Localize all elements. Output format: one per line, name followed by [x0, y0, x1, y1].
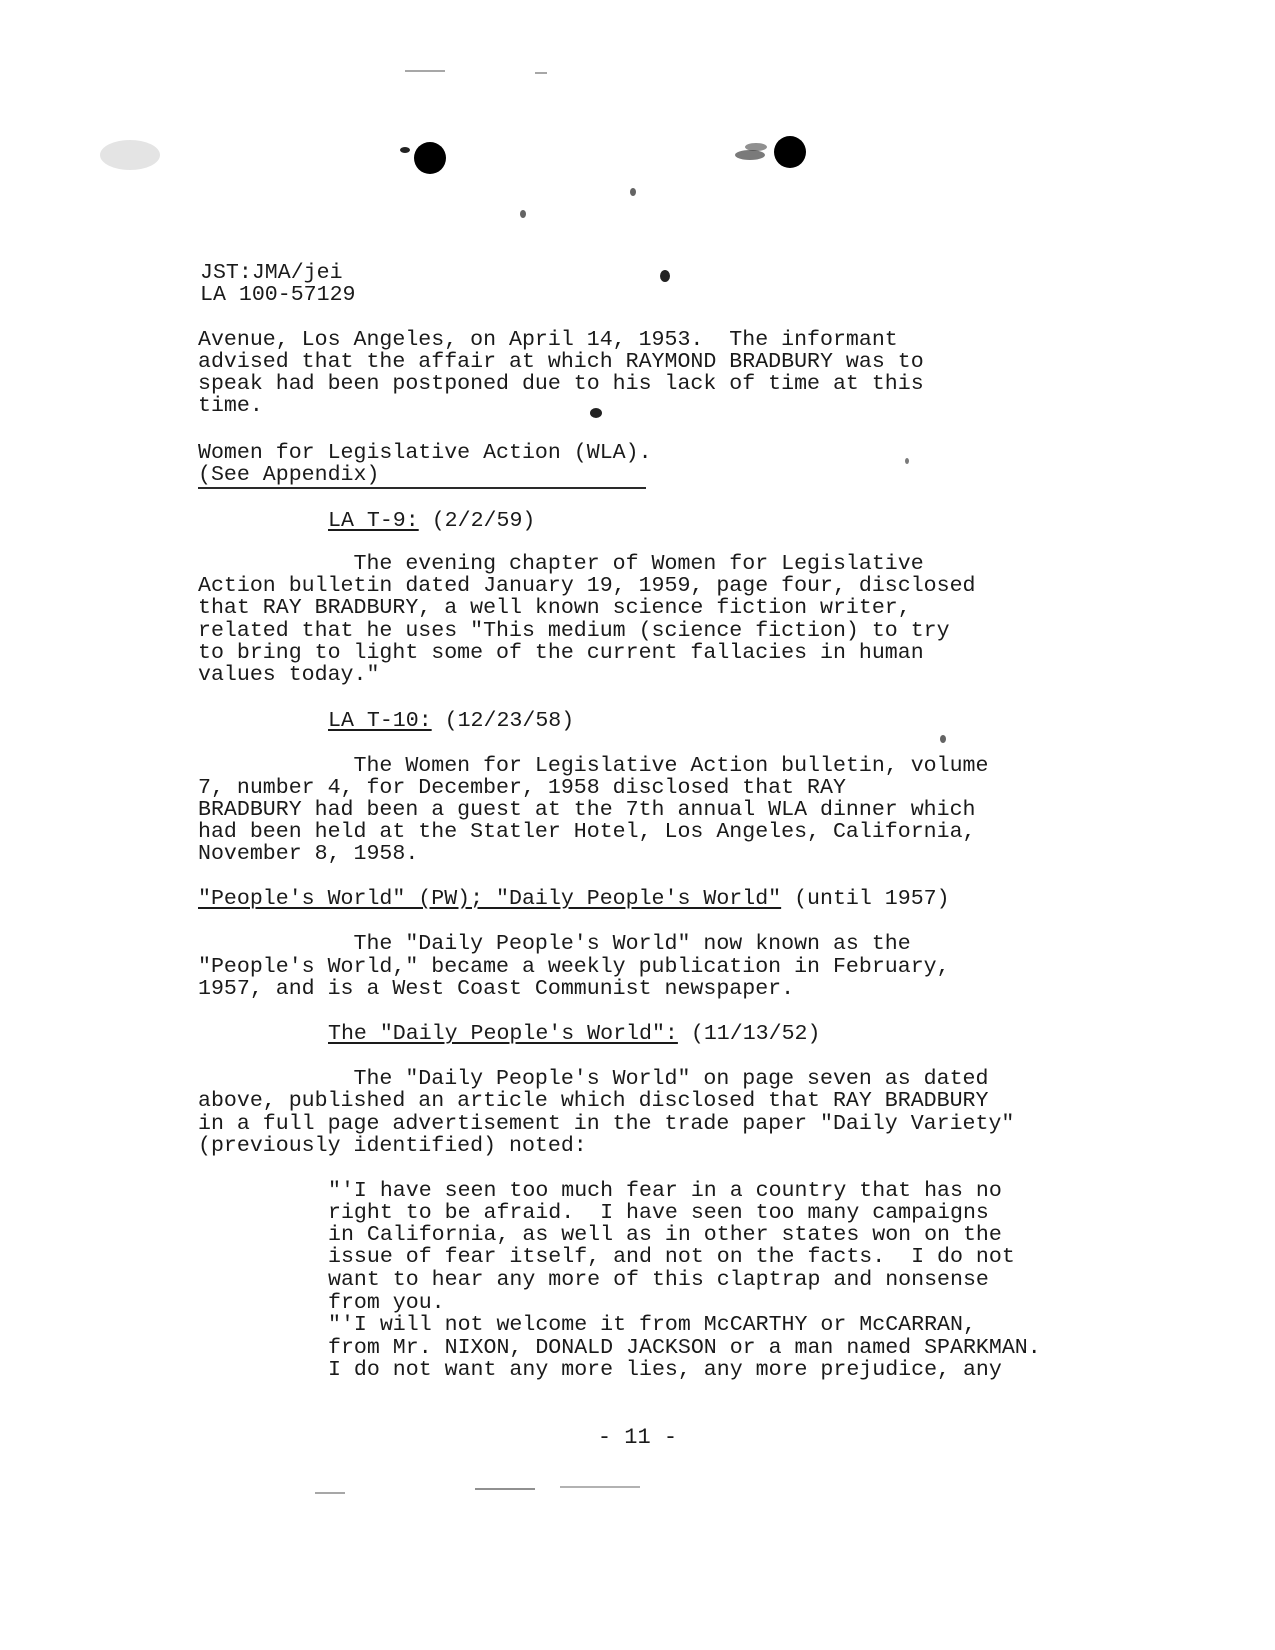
punch-hole-right [774, 136, 806, 168]
source-label: The "Daily People's World": [328, 1022, 678, 1046]
source-date: (12/23/58) [445, 709, 575, 733]
punch-hole-left [414, 142, 446, 174]
source-date: (11/13/52) [691, 1022, 821, 1046]
source-label: LA T-10: [328, 709, 432, 733]
source-date: (2/2/59) [432, 509, 536, 533]
file-number: LA 100-57129 [200, 284, 356, 306]
document-page: JST:JMA/jei LA 100-57129 Avenue, Los Ang… [0, 0, 1275, 1650]
section-heading-peoples-world: "People's World" (PW); "Daily People's W… [198, 888, 950, 910]
source-label: LA T-9: [328, 509, 419, 533]
page-number: - 11 - [0, 1425, 1275, 1450]
initials-line: JST:JMA/jei [200, 262, 343, 284]
heading-underline [198, 487, 646, 489]
